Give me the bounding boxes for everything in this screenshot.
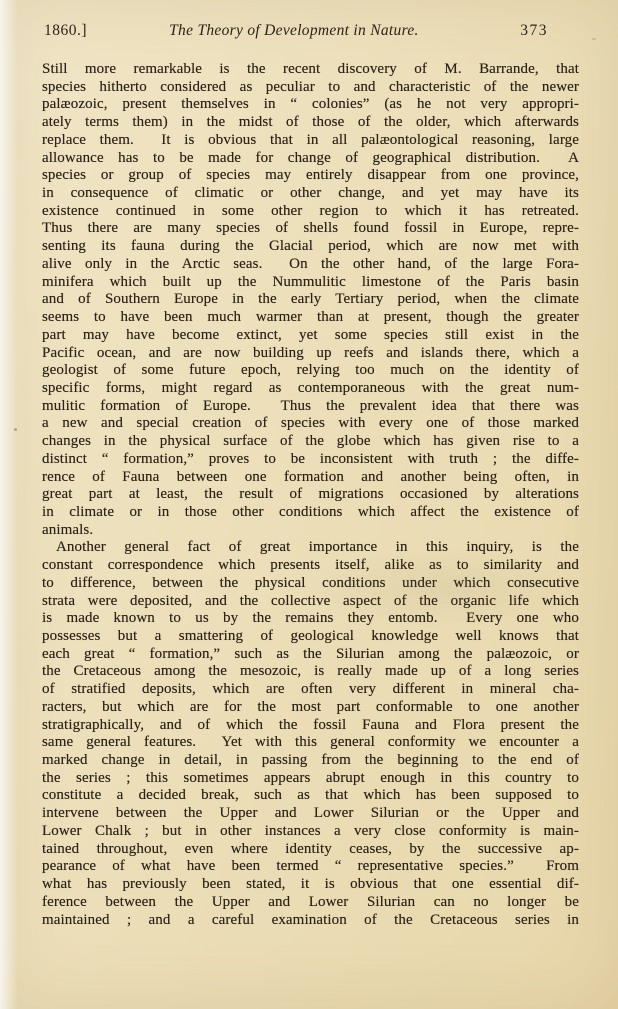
text-line: species hitherto considered as peculiar …: [42, 79, 579, 97]
text-line: replace them. It is obvious that in all …: [42, 132, 579, 150]
text-line: same general features. Yet with this gen…: [42, 734, 579, 752]
text-line: seems to have been much warmer than at p…: [42, 309, 579, 327]
text-line: in consequence of climatic or other chan…: [42, 185, 579, 203]
text-line: a new and special creation of species wi…: [42, 415, 579, 433]
text-line: geologist of some future epoch, relying …: [42, 362, 579, 380]
text-line: the series ; this sometimes appears abru…: [42, 770, 579, 788]
text-line: racters, but which are for the most part…: [42, 699, 579, 717]
text-line: constitute a decided break, such as that…: [42, 787, 579, 805]
text-line: Another general fact of great importance…: [42, 539, 579, 557]
text-line: pearance of what have been termed “ repr…: [42, 858, 579, 876]
text-line: animals.: [42, 522, 579, 540]
text-line: great part at least, the result of migra…: [42, 486, 579, 504]
text-line: senting its fauna during the Glacial per…: [42, 238, 579, 256]
text-line: mulitic formation of Europe. Thus the pr…: [42, 398, 579, 416]
text-line: distinct “ formation,” proves to be inco…: [42, 451, 579, 469]
text-line: to difference, between the physical cond…: [42, 575, 579, 593]
text-line: maintained ; and a careful examination o…: [42, 912, 579, 930]
text-line: rence of Fauna between one formation and…: [42, 469, 579, 487]
paper-speck: [14, 428, 17, 431]
text-line: and of Southern Europe in the early Tert…: [42, 291, 579, 309]
text-line: species or group of species may entirely…: [42, 167, 579, 185]
paragraph: Still more remarkable is the recent disc…: [42, 61, 579, 539]
text-line: in climate or in those other conditions …: [42, 504, 579, 522]
text-line: alive only in the Arctic seas. On the ot…: [42, 256, 579, 274]
text-line: allowance has to be made for change of g…: [42, 150, 579, 168]
text-line: ately terms them) in the midst of those …: [42, 114, 579, 132]
paper-speck: [592, 38, 596, 40]
text-line: minifera which built up the Nummulitic l…: [42, 274, 579, 292]
text-line: the Cretaceous among the mesozoic, is re…: [42, 663, 579, 681]
text-line: tained throughout, even where identity c…: [42, 841, 579, 859]
text-line: stratigraphically, and of which the foss…: [42, 717, 579, 735]
text-line: Still more remarkable is the recent disc…: [42, 61, 579, 79]
text-line: is made known to us by the remains they …: [42, 610, 579, 628]
text-line: constant correspondence which presents i…: [42, 557, 579, 575]
book-page-scan: 1860.] The Theory of Development in Natu…: [0, 0, 618, 1009]
text-line: each great “ formation,” such as the Sil…: [42, 646, 579, 664]
text-line: intervene between the Upper and Lower Si…: [42, 805, 579, 823]
text-line: possesses but a smattering of geological…: [42, 628, 579, 646]
text-line: strata were deposited, and the collectiv…: [42, 593, 579, 611]
page-body: Still more remarkable is the recent disc…: [42, 61, 579, 929]
text-line: part may have become extinct, yet some s…: [42, 327, 579, 345]
year-label: 1860.]: [44, 21, 87, 40]
text-line: marked change in detail, in passing from…: [42, 752, 579, 770]
text-line: existence continued in some other region…: [42, 203, 579, 221]
running-header: 1860.] The Theory of Development in Natu…: [42, 21, 578, 40]
text-line: what has previously been stated, it is o…: [42, 876, 579, 894]
text-line: Lower Chalk ; but in other instances a v…: [42, 823, 579, 841]
text-line: palæozoic, present themselves in “ colon…: [42, 96, 579, 114]
text-line: of stratified deposits, which are often …: [42, 681, 579, 699]
running-title: The Theory of Development in Nature.: [169, 21, 419, 40]
text-line: Thus there are many species of shells fo…: [42, 220, 579, 238]
text-line: ference between the Upper and Lower Silu…: [42, 894, 579, 912]
text-line: Pacific ocean, and are now building up r…: [42, 345, 579, 363]
paragraph: Another general fact of great importance…: [42, 539, 579, 929]
text-line: specific forms, might regard as contempo…: [42, 380, 579, 398]
text-line: changes in the physical surface of the g…: [42, 433, 579, 451]
page-number: 373: [520, 21, 548, 40]
